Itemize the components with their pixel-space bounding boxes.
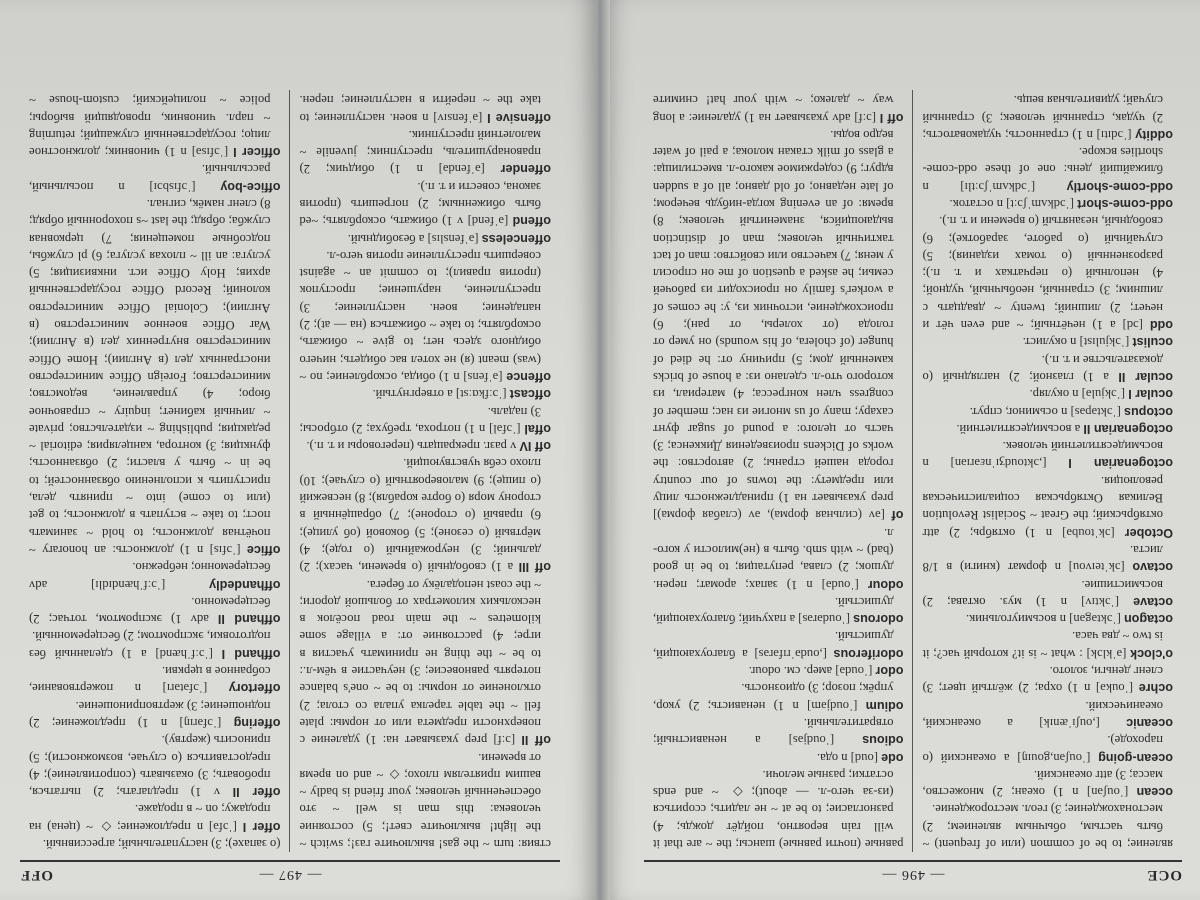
column-1: явление; to be of common (или of frequen… [914, 90, 1183, 852]
definition: a отвергнутый. [373, 387, 453, 401]
headword: ochre [1139, 681, 1173, 695]
dictionary-entry: offence [əˈfens] n 1) обида, оскорбление… [300, 247, 552, 385]
column-2: равные (почти равные) шансы; the ~ are t… [644, 90, 914, 852]
definition: a 1) нечётный; ~ and even чёт и нечет; 2… [923, 214, 1164, 332]
definition: равные (почти равные) шансы; the ~ are t… [653, 768, 904, 851]
transcription: [ˈɔdkʌmˈʃɔːt] [1006, 197, 1074, 211]
dictionary-entry: ocular II a 1) глазной; 2) наглядный (о … [923, 350, 1174, 385]
transcription: [ˈɔktəgən] [1069, 612, 1121, 626]
transcription: [ˈɔdɪtɪ] [1097, 128, 1132, 142]
transcription: [ˈɔfə] [209, 820, 237, 834]
headword: offensive I [487, 111, 551, 125]
definition: prep указывает на: 1) удаление с поверхн… [299, 578, 541, 748]
dictionary-entry: office-boy [ˈɔfɪsbɔɪ] n посыльный, рассы… [29, 160, 281, 195]
transcription: [ˈoudə] [822, 578, 859, 592]
transcription: [ˈɔːfkɑːst] [456, 387, 507, 401]
dictionary-entry: (о запахе); 3) наступательный; агрессивн… [29, 835, 281, 852]
dictionary-entry: offering [ˈɔfərɪŋ] n 1) предложение; 2) … [29, 696, 281, 731]
transcription: [ˈouʃən,gouɪŋ] [1017, 751, 1090, 765]
transcription: [əv (сильная форма), əv (слабая форма)] [653, 508, 885, 522]
definition: n осьминог, спрут. [970, 405, 1068, 419]
definition: n восьмиугольник. [966, 612, 1066, 626]
headword: odd [1150, 318, 1173, 332]
dictionary-entry: ocular I [ˈɔkjulə] n окуляр. [923, 385, 1174, 402]
definition: a безобидный. [348, 232, 425, 246]
page-header: — 497 — OFF [20, 860, 560, 888]
transcription: [ˈouʃən] [1087, 785, 1128, 799]
dictionary-entry: ode [oud] n ода. [653, 748, 904, 765]
headword: oceanic [1126, 716, 1173, 730]
transcription: [,ɔktoudʒɪˈnɛərɪən] [951, 456, 1047, 470]
page-number: — 497 — [259, 866, 322, 882]
dictionary-entry: off III a 1) свободный (о времени, часах… [300, 454, 552, 575]
headword: October [1125, 526, 1173, 540]
definition: ствия: turn ~ the gas! выключите газ!; s… [300, 751, 552, 851]
transcription: [ˈɔːfˈhænd] [155, 647, 212, 661]
headword: offence [506, 370, 551, 384]
header-guide-word: OCE [1146, 866, 1182, 883]
dictionary-entry: offensive I [əˈfensɪv] n воен. наступлен… [300, 90, 552, 126]
dictionary-entry: odor [ˈoudə] амер. см. odour. [653, 662, 904, 679]
definition: явление; to be of common (или of frequen… [923, 802, 1174, 851]
transcription: [ˈoudə] [835, 664, 872, 678]
page-number: — 496 — [882, 866, 945, 882]
dictionary-entry: offhandedly [ˈɔːfˈhændɪdlɪ] adv бесцерем… [29, 558, 281, 593]
dictionary-entry: of [əv (сильная форма), əv (слабая форма… [653, 126, 904, 524]
definition: n 1) обида, оскорбление; no ~ (was) mean… [299, 249, 541, 384]
definition: n 1) муз. октава; 2) восьмистишие. [923, 578, 1164, 609]
headword: odious [862, 733, 903, 747]
dictionary-entry: octogenarian I [,ɔktoudʒɪˈnɛərɪən] n вос… [923, 437, 1174, 472]
transcription: [,ouʃɪˈænɪk] [1039, 716, 1100, 730]
dictionary-entry: odd-come-shortly [ˈɔdkʌmˈʃɔːtlɪ] n ближа… [923, 143, 1174, 195]
dictionary-entry: odour [ˈoudə] n 1) запах; аромат; перен.… [653, 523, 904, 592]
header-guide-word: OFF [20, 866, 53, 883]
dictionary-entry: octagon [ˈɔktəgən] n восьмиугольник. [923, 610, 1174, 627]
dictionary-entry: off I [ɔːf] adv указывает на 1) удаление… [653, 90, 904, 126]
dictionary-entry: offal [ˈɔfəl] n 1) потроха, требуха; 2) … [300, 402, 552, 437]
headword: ode [881, 751, 903, 765]
dictionary-entry: offcast [ˈɔːfkɑːst] a отвергнутый. [300, 385, 552, 402]
dictionary-entry: offer I [ˈɔfə] n предложение; ◇ ~ (цена)… [29, 800, 281, 835]
dictionary-entry: равные (почти равные) шансы; the ~ are t… [653, 766, 904, 852]
transcription: [əˈfendə] [439, 162, 485, 176]
page-columns: явление; to be of common (или of frequen… [644, 90, 1182, 852]
dictionary-entry: o'clock [əˈklɔk] : what ~ is it? который… [923, 627, 1174, 662]
column-1: ствия: turn ~ the gas! выключите газ!; s… [291, 90, 561, 852]
definition: a ненавистный; отвратительный. [653, 716, 894, 747]
headword: offhand I [222, 647, 281, 661]
definition: (о запахе); 3) наступательный; агрессивн… [43, 837, 281, 851]
dictionary-entry: offend [əˈfend] v 1) обижать, оскорблять… [300, 177, 552, 229]
headword: octave [1133, 595, 1173, 609]
headword: odoriferous [834, 647, 904, 661]
headword: odor [876, 664, 904, 678]
transcription: [ˈoudjəs] [789, 733, 834, 747]
headword: off I [880, 111, 904, 125]
page-columns: ствия: turn ~ the gas! выключите газ!; s… [20, 90, 560, 852]
dictionary-entry: officer I [ˈɔfɪsə] n 1) чиновник; должно… [29, 90, 281, 160]
definition: n 1) ненависть; 2) укор, упрёк; позор; 3… [653, 681, 893, 712]
transcription: [ˈoukə] [1096, 681, 1133, 695]
definition: n остаток. [950, 197, 1003, 211]
headword: odd-come-shortly [1067, 180, 1173, 194]
definition: n окуляр. [1030, 387, 1079, 401]
headword: o'clock [1130, 647, 1173, 661]
headword: octavo [1132, 560, 1173, 574]
transcription: [ˈɔkjulə] [1082, 387, 1125, 401]
transcription: [əˈklɔk] [1087, 647, 1127, 661]
headword: ocean-going [1098, 751, 1173, 765]
headword: offender [501, 162, 551, 176]
transcription: [ɔkˈteɪvou] [1069, 560, 1125, 574]
dictionary-entry: October [ɔkˈtoubə] n 1) октябрь; 2) attr… [923, 471, 1174, 540]
headword: offhand II [218, 612, 281, 626]
headword: oculist [1132, 335, 1173, 349]
transcription: [ˈɔdkʌmˈʃɔːtlɪ] [960, 180, 1035, 194]
transcription: [ˈɔːfˈhændɪdlɪ] [91, 578, 165, 592]
dictionary-entry: octavo [ɔkˈteɪvou] n формат (книги) в 1/… [923, 541, 1174, 576]
transcription: [əˈfend] [468, 214, 509, 228]
definition: n формат (книги) в 1/8 листа. [923, 543, 1163, 574]
dictionary-entry: oculist [ˈɔkjulɪst] n окулист. [923, 333, 1174, 350]
dictionary-entry: octogenarian II a восьмидесятилетний. [923, 420, 1174, 437]
dictionary-entry: office [ˈɔfɪs] n 1) должность: an honora… [29, 195, 281, 558]
transcription: [ɔkˈtoubə] [1062, 526, 1114, 540]
dictionary-entry: ocean-going [ˈouʃən,gouɪŋ] a океанский (… [923, 731, 1174, 766]
dictionary-entry: oddly [ˈɔdlɪ] adv странно; чудно; спорно… [923, 90, 1174, 91]
transcription: [əˈfensɪv] [433, 111, 482, 125]
dictionary-entry: odious [ˈoudjəs] a ненавистный; отвратит… [653, 714, 904, 749]
headword: octagon [1124, 612, 1173, 626]
definition: n 1) должность: an honorary ~ почётная д… [29, 197, 271, 557]
transcription: [ˈoudjəm] [807, 699, 857, 713]
headword: offertory [229, 681, 281, 695]
transcription: [əˈfens] [463, 370, 502, 384]
transcription: [,oudəˈrɪfərəs] [754, 647, 826, 661]
column-2: (о запахе); 3) наступательный; агрессивн… [20, 90, 291, 852]
headword: of [892, 508, 904, 522]
headword: offhandedly [209, 578, 280, 592]
headword: odd-come-short [1077, 197, 1173, 211]
definition: n окулист. [1023, 335, 1077, 349]
dictionary-entry: явление; to be of common (или of frequen… [923, 800, 1174, 852]
headword: offcast [510, 387, 551, 401]
dictionary-entry: offhand I [ˈɔːfˈhænd] a 1) сделанный без… [29, 627, 281, 662]
headword: office-boy [220, 180, 280, 194]
headword: ocular II [1118, 370, 1173, 384]
book-photo-rotated: OCE — 496 — явление; to be of common (ил… [0, 0, 1200, 900]
dictionary-entry: octopus [ˈɔktəpəs] n осьминог, спрут. [923, 402, 1174, 419]
definition: амер. см. odour. [749, 664, 832, 678]
dictionary-entry: oceanic [,ouʃɪˈænɪk] a океанский, океани… [923, 696, 1174, 731]
transcription: [ˈɔfɪs] [210, 543, 241, 557]
transcription: [oud] [851, 751, 878, 765]
page-497: — 497 — OFF ствия: turn ~ the gas! выклю… [0, 0, 596, 900]
headword: officer I [233, 145, 280, 159]
headword: odium [866, 699, 904, 713]
definition: a восьмидесятилетний. [956, 422, 1080, 436]
headword: odorous [853, 612, 903, 626]
dictionary-entry: offender [əˈfendə] n 1) обидчик; 2) прав… [300, 126, 552, 178]
headword: offend [513, 214, 551, 228]
headword: offenceless [482, 232, 551, 246]
dictionary-entry: odium [ˈoudjəm] n 1) ненависть; 2) укор,… [653, 679, 904, 714]
dictionary-entry: odorous [ˈoudərəs] a пахучий; благоухающ… [653, 593, 904, 628]
transcription: [ɔːf] [854, 111, 876, 125]
headword: odour [868, 578, 904, 592]
headword: octopus [1124, 405, 1173, 419]
headword: offer II [233, 785, 281, 799]
dictionary-entry: ochre [ˈoukə] n 1) охра; 2) жёлтый цвет;… [923, 662, 1174, 697]
dictionary-entry: odd-come-short [ˈɔdkʌmˈʃɔːt] n остаток. [923, 195, 1174, 212]
definition: v разг. прекращать (переговоры и т. п.). [306, 439, 516, 453]
dictionary-entry: offertory [ˈɔfətərɪ] n пожертвование, со… [29, 662, 281, 697]
definition: n ода. [817, 751, 848, 765]
transcription: [ˈɔfəl] [489, 422, 520, 436]
dictionary-entry: offenceless [əˈfenslɪs] a безобидный. [300, 229, 552, 246]
transcription: [ˈɔfɪsə] [192, 145, 228, 159]
transcription: [ˈɔktəpəs] [1071, 405, 1121, 419]
headword: off III [519, 560, 551, 574]
dictionary-entry: odd [ɔd] a 1) нечётный; ~ and even чёт и… [923, 212, 1174, 333]
dictionary-entry: octave [ˈɔktɪv] n 1) муз. октава; 2) вос… [923, 575, 1174, 610]
transcription: [ɔd] [1123, 318, 1143, 332]
definition: prep указывает на 1) принадлежность лицу… [653, 128, 894, 505]
transcription: [ɔːf] [493, 733, 515, 747]
headword: off IV [520, 439, 551, 453]
transcription: [ˈɔfɪsbɔɪ] [149, 180, 195, 194]
transcription: [ˈɔktɪv] [1081, 595, 1119, 609]
dictionary-entry: offer II v 1) предлагать; 2) пытаться, п… [29, 731, 281, 800]
dictionary-entry: ствия: turn ~ the gas! выключите газ!; s… [300, 748, 552, 852]
page-header: OCE — 496 — [644, 860, 1182, 888]
transcription: [əˈfenslɪs] [427, 232, 478, 246]
headword: ocular I [1128, 387, 1173, 401]
transcription: [ˈoudərəs] [798, 612, 850, 626]
dictionary-entry: odoriferous [,oudəˈrɪfərəs] a благоухающ… [653, 627, 904, 662]
transcription: [ˈɔkjulɪst] [1080, 335, 1130, 349]
dictionary-entry: ocean [ˈouʃən] n 1) океан; 2) множество,… [923, 766, 1174, 801]
headword: octogenarian I [1068, 456, 1173, 470]
dictionary-entry: off IV v разг. прекращать (переговоры и … [300, 437, 552, 454]
headword: off II [521, 733, 551, 747]
transcription: [ˈɔfətərɪ] [162, 681, 207, 695]
dictionary-entry: off II [ɔːf] prep указывает на: 1) удале… [300, 575, 552, 748]
page-496: OCE — 496 — явление; to be of common (ил… [604, 0, 1200, 900]
dictionary-entry: offhand II adv 1) экспромтом, тотчас; 2)… [29, 593, 281, 628]
headword: ocean [1137, 785, 1173, 799]
headword: offal [524, 422, 551, 436]
definition: : what ~ is it? который час?; it is two … [923, 629, 1163, 660]
definition: a 1) свободный (о времени, часах); 2) да… [299, 456, 541, 574]
transcription: [ˈɔfərɪŋ] [179, 716, 221, 730]
headword: offer I [243, 820, 281, 834]
headword: oddity [1135, 128, 1173, 142]
dictionary-entry: oddity [ˈɔdɪtɪ] n 1) странность; чудаков… [923, 91, 1174, 143]
headword: octogenarian II [1083, 422, 1173, 436]
headword: office [247, 543, 281, 557]
headword: offering [234, 716, 281, 730]
